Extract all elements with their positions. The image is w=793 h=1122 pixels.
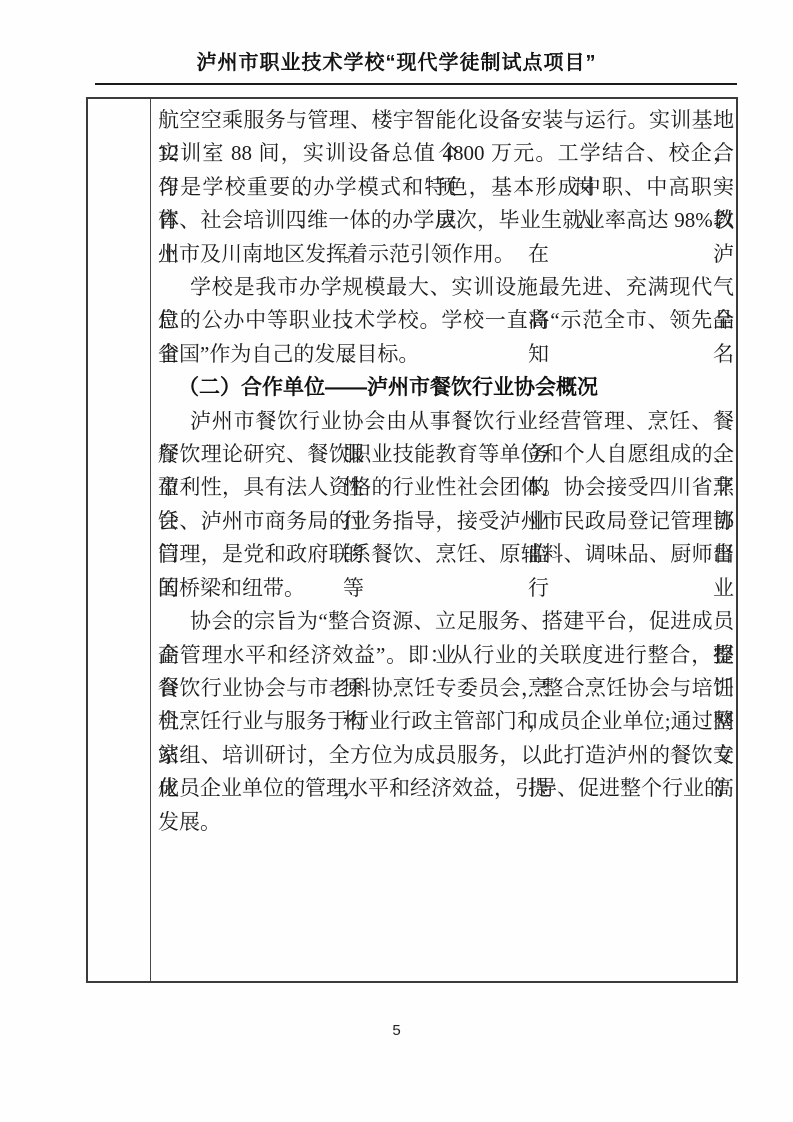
text-line: 餐饮行业协会与市老科协烹饪专委员会，整合烹饪协会与培训机构，整	[158, 672, 734, 705]
page-number: 5	[0, 1022, 793, 1039]
text-line: 育、社会培训四维一体的办学层次，毕业生就业率高达 98%以上。在泸	[158, 204, 734, 237]
text-line: 家组、培训研讨，全方位为成员服务，以此打造泸州的餐饮文化，提高	[158, 739, 734, 772]
text-line: 泸州市餐饮行业协会由从事餐饮行业经营管理、烹饪、餐厅服务、	[158, 405, 734, 438]
content-table: 航空空乘服务与管理、楼宇智能化设备安装与运行。实训基地 12 个， 实训室 88…	[86, 97, 738, 983]
text-line: 管理，是党和政府联系餐饮、烹饪、原辅料、调味品、厨师出国等行业	[158, 538, 734, 571]
header-underline	[95, 83, 737, 85]
text-line: 航空空乘服务与管理、楼宇智能化设备安装与运行。实训基地 12 个，	[158, 104, 734, 137]
document-page: 泸州市职业技术学校“现代学徒制试点项目” 航空空乘服务与管理、楼宇智能化设备安装…	[0, 0, 793, 1122]
text-line: 合烹饪行业与服务于行业行政主管部门和成员企业单位;通过网站、专	[158, 705, 734, 738]
text-line: 成员企业单位的管理水平和经济效益，引导、促进整个行业的发展。	[158, 772, 734, 805]
page-header-title: 泸州市职业技术学校“现代学徒制试点项目”	[0, 46, 793, 75]
text-line: 协会的宗旨为“整合资源、立足服务、搭建平台，促进成员企业提	[158, 605, 734, 638]
text-line: 学校是我市办学规模最大、实训设施最先进、充满现代气息、高品	[158, 271, 734, 304]
text-line: 高管理水平和经济效益”。即：从行业的关联度进行整合，整合原烹饪	[158, 639, 734, 672]
text-line: 餐饮理论研究、餐饮职业技能教育等单位和个人自愿组成的全市性的非	[158, 438, 734, 471]
text-line: 位的公办中等职业技术学校。学校一直将“示范全市、领先全省、知名	[158, 304, 734, 337]
text-line: 习是学校重要的办学模式和特色，基本形成中职、中高职一体、成人教	[158, 171, 734, 204]
text-line: 盈利性，具有法人资格的行业性社会团体。协会接受四川省烹饪行业协	[158, 471, 734, 504]
text-line: 实训室 88 间，实训设备总值 4800 万元。工学结合、校企合作、顶岗实	[158, 137, 734, 170]
table-label-cell	[88, 99, 151, 981]
text-line: 会、泸州市商务局的业务指导，接受泸州市民政局登记管理部门的监督	[158, 505, 734, 538]
section-heading: （二）合作单位——泸州市餐饮行业协会概况	[158, 371, 734, 404]
table-content-cell: 航空空乘服务与管理、楼宇智能化设备安装与运行。实训基地 12 个， 实训室 88…	[151, 99, 736, 981]
